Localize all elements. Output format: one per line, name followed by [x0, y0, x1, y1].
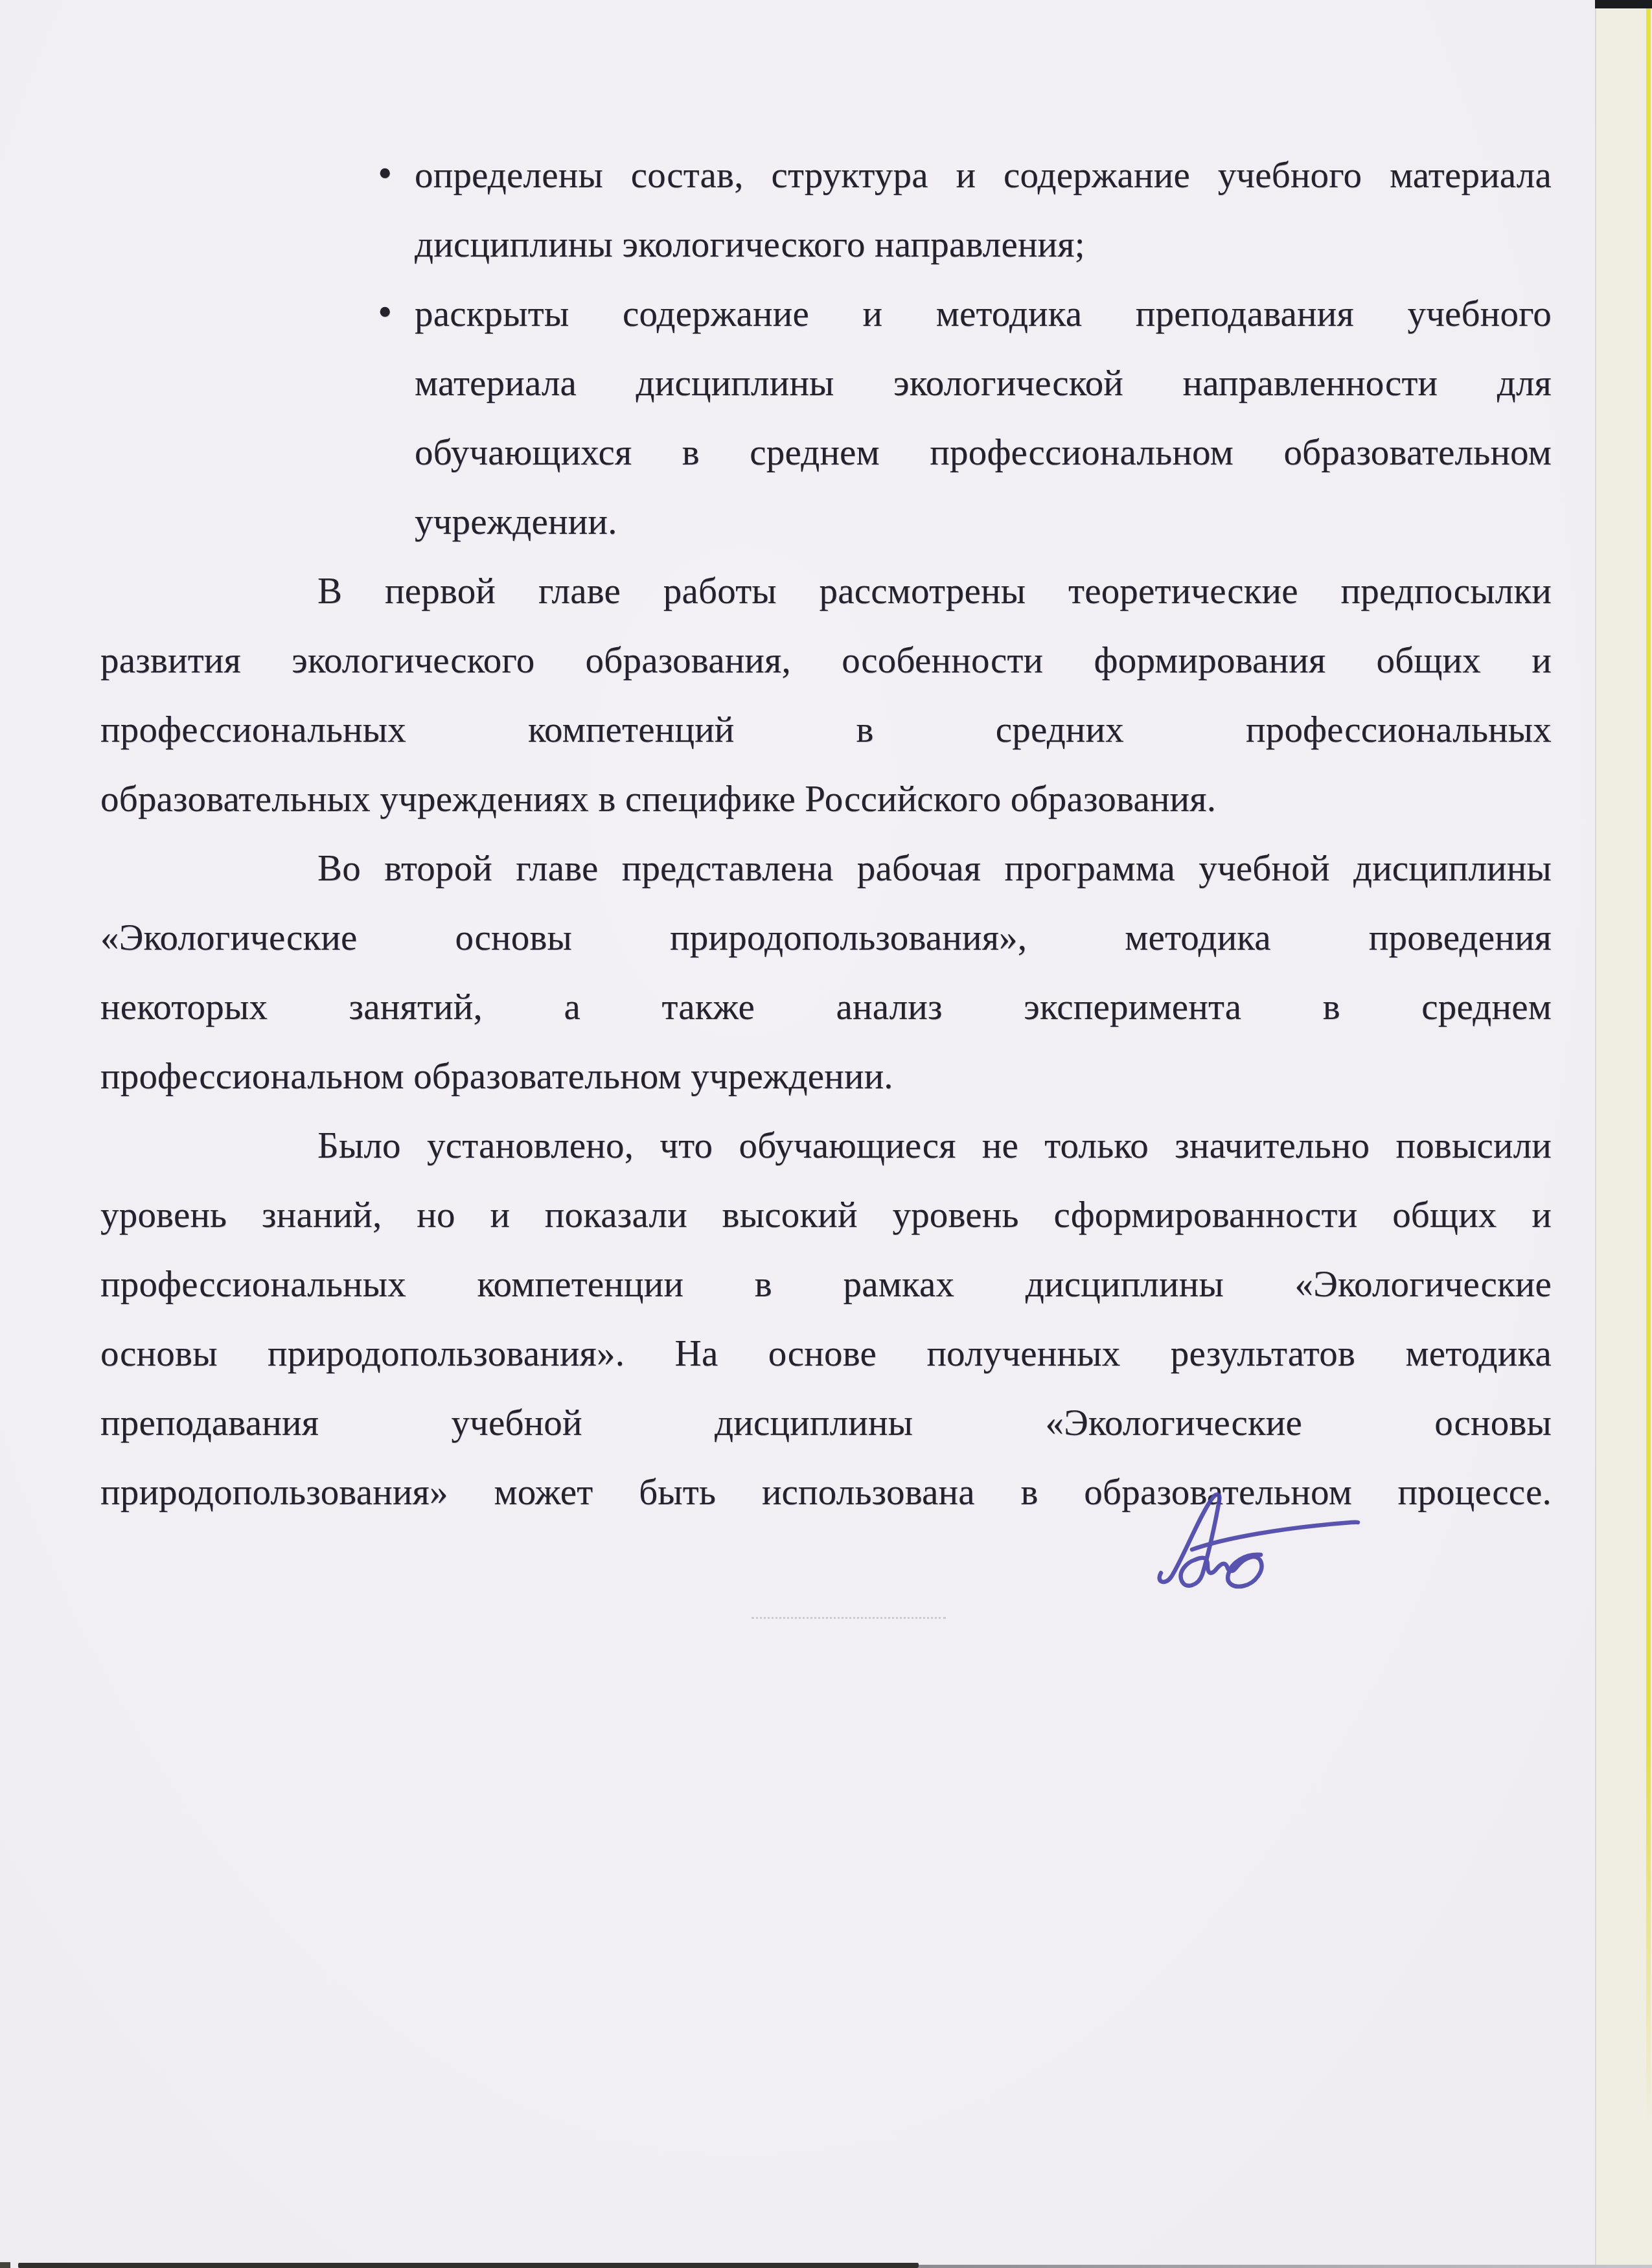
paragraph-line: В первой главе работы рассмотрены теорет… [100, 556, 1552, 626]
bullet-dot-icon: • [378, 139, 393, 208]
bullet-item: •раскрыты содержание и методика преподав… [100, 279, 1552, 556]
scan-top-right-artifact [1595, 0, 1652, 8]
bullet-text: раскрыты содержание и методика преподава… [415, 293, 1552, 334]
bullet-item-line: обучающихся в среднем профессиональном о… [415, 418, 1552, 487]
paragraph-line: профессиональных компетенции в рамках ди… [100, 1250, 1552, 1319]
paragraph: Было установлено, что обучающиеся не тол… [100, 1111, 1552, 1527]
scan-backing-sheet [1595, 0, 1652, 2268]
paragraph-line: преподавания учебной дисциплины «Экологи… [100, 1388, 1552, 1458]
paragraph-line: профессиональных компетенций в средних п… [100, 695, 1552, 764]
scan-bottom-edge-artifact [18, 2263, 919, 2268]
scan-corner-mark [0, 2262, 10, 2268]
bullet-item-line: •определены состав, структура и содержан… [415, 141, 1552, 210]
bullet-item-line: учреждении. [415, 487, 1552, 556]
bullet-dot-icon: • [378, 277, 393, 347]
paragraph-line: профессиональном образовательном учрежде… [100, 1042, 1552, 1111]
bullet-item-line: дисциплины экологического направления; [415, 210, 1552, 279]
paragraph-line: Во второй главе представлена рабочая про… [100, 834, 1552, 903]
paragraph: Во второй главе представлена рабочая про… [100, 834, 1552, 1111]
handwritten-signature [1152, 1485, 1366, 1595]
scan-right-edge-line [1646, 0, 1651, 2125]
paragraph-line: образовательных учреждениях в специфике … [100, 764, 1552, 834]
scan-bottom-edge-shadow [919, 2265, 1652, 2268]
scanned-page: •определены состав, структура и содержан… [0, 0, 1652, 2268]
bullet-item: •определены состав, структура и содержан… [100, 141, 1552, 279]
bullet-list: •определены состав, структура и содержан… [100, 141, 1552, 556]
document-text-block: •определены состав, структура и содержан… [100, 141, 1552, 1527]
paragraph-line: уровень знаний, но и показали высокий ур… [100, 1180, 1552, 1250]
bullet-item-line: •раскрыты содержание и методика преподав… [415, 279, 1552, 349]
paragraph-line: Было установлено, что обучающиеся не тол… [100, 1111, 1552, 1180]
paragraph-line: «Экологические основы природопользования… [100, 903, 1552, 972]
paragraph-line: развития экологического образования, осо… [100, 626, 1552, 695]
bullet-item-line: материала дисциплины экологической напра… [415, 349, 1552, 418]
paragraph-line: некоторых занятий, а также анализ экспер… [100, 972, 1552, 1042]
paragraph: В первой главе работы рассмотрены теорет… [100, 556, 1552, 834]
scanner-dust-artifact [751, 1617, 946, 1619]
bullet-text: определены состав, структура и содержани… [415, 155, 1552, 196]
paragraph-line: основы природопользования». На основе по… [100, 1319, 1552, 1388]
